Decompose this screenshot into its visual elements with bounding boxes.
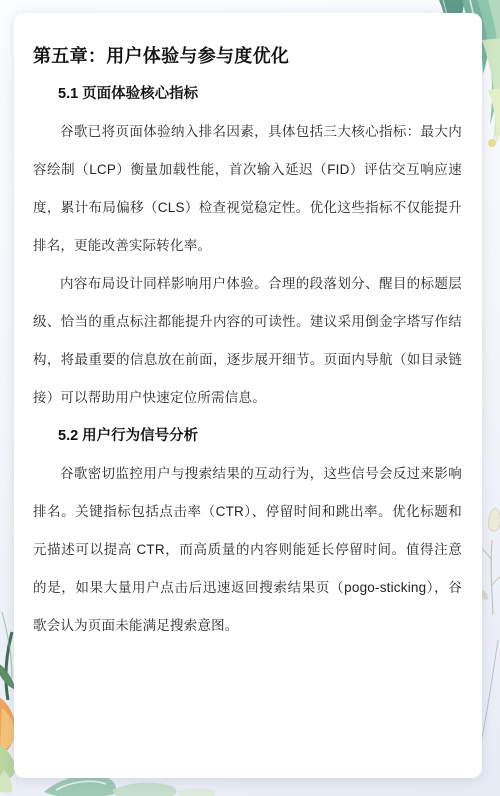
chapter-title: 第五章：用户体验与参与度优化 xyxy=(33,43,462,69)
document-card: 第五章：用户体验与参与度优化 5.1 页面体验核心指标 谷歌已将页面体验纳入排名… xyxy=(14,13,482,778)
paragraph-behavior-signals: 谷歌密切监控用户与搜索结果的互动行为，这些信号会反过来影响排名。关键指标包括点击… xyxy=(33,455,462,645)
leaf-strip-bottom-icon xyxy=(44,776,216,796)
paragraph-content-layout: 内容布局设计同样影响用户体验。合理的段落划分、醒目的标题层级、恰当的重点标注都能… xyxy=(33,265,462,417)
section-heading-5-1: 5.1 页面体验核心指标 xyxy=(33,75,462,113)
section-heading-5-2: 5.2 用户行为信号分析 xyxy=(33,417,462,455)
paragraph-core-metrics: 谷歌已将页面体验纳入排名因素，具体包括三大核心指标：最大内容绘制（LCP）衡量加… xyxy=(33,113,462,265)
